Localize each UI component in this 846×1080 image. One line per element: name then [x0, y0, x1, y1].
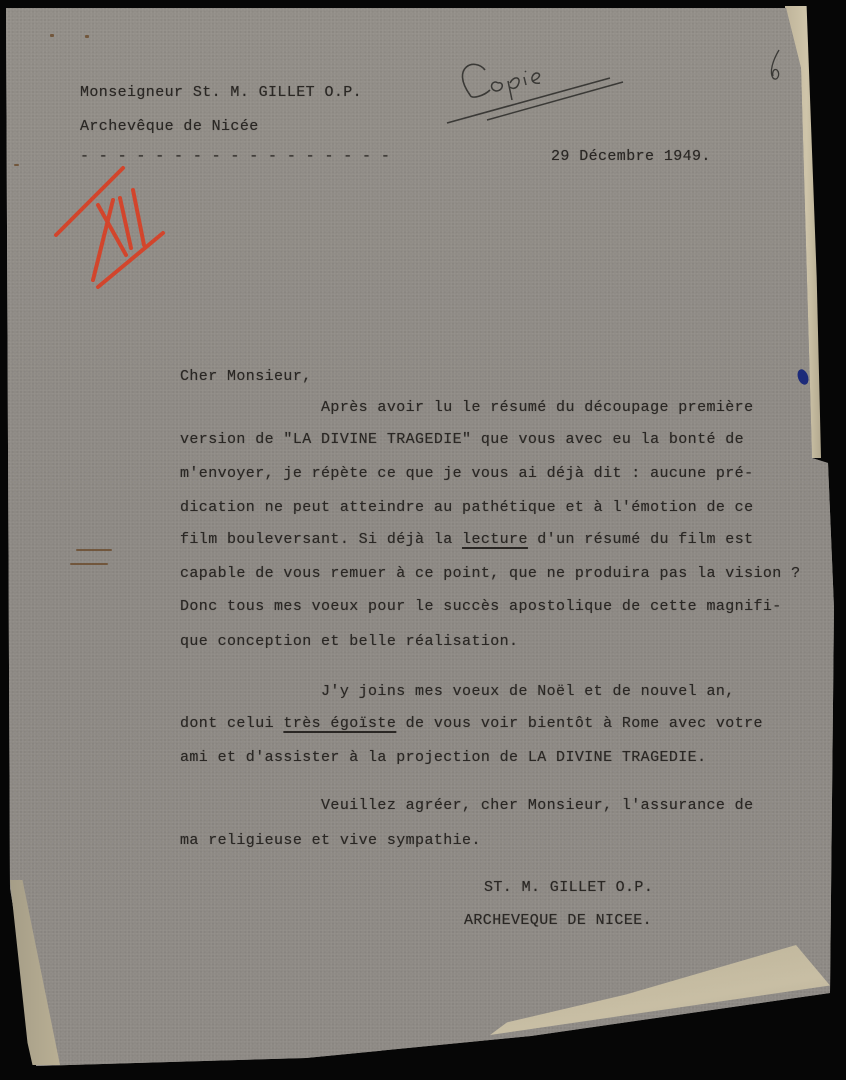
margin-mark	[76, 549, 112, 551]
signature-name: ST. M. GILLET O.P.	[484, 879, 653, 896]
paragraph-2-line-2: dont celui très égoïste de vous voir bie…	[180, 715, 763, 732]
closing-line-2: ma religieuse et vive sympathie.	[180, 832, 481, 849]
body-line-5-end: d'un résumé du film est	[528, 531, 754, 548]
sender-title: Archevêque de Nicée	[80, 118, 259, 135]
page-number-handwritten	[765, 46, 787, 86]
body-line-5-start: film bouleversant. Si déjà la	[180, 531, 462, 548]
body-line-6: capable de vous remuer à ce point, que n…	[180, 565, 801, 582]
copie-handwritten-mark	[440, 45, 640, 130]
letter-date: 29 Décembre 1949.	[551, 148, 711, 165]
body-line-8: que conception et belle réalisation.	[180, 633, 518, 650]
body-line-2: version de "LA DIVINE TRAGEDIE" que vous…	[180, 431, 744, 448]
signature-title: ARCHEVEQUE DE NICEE.	[464, 912, 652, 929]
rust-spot	[50, 34, 54, 37]
paragraph-2-line-2-end: de vous voir bientôt à Rome avec votre	[396, 715, 763, 732]
body-line-5: film bouleversant. Si déjà la lecture d'…	[180, 531, 754, 548]
salutation: Cher Monsieur,	[180, 368, 312, 385]
scanned-document: Monseigneur St. M. GILLET O.P. Archevêqu…	[0, 0, 846, 1080]
sender-name: Monseigneur St. M. GILLET O.P.	[80, 84, 362, 101]
paragraph-2-line-3: ami et d'assister à la projection de LA …	[180, 749, 706, 766]
body-line-1: Après avoir lu le résumé du découpage pr…	[180, 399, 754, 416]
underlined-lecture: lecture	[462, 531, 528, 548]
body-line-7: Donc tous mes voeux pour le succès apost…	[180, 598, 782, 615]
red-roman-numeral-xii	[48, 160, 178, 290]
body-line-4: dication ne peut atteindre au pathétique…	[180, 499, 754, 516]
body-line-3: m'envoyer, je répète ce que je vous ai d…	[180, 465, 754, 482]
margin-mark	[14, 164, 19, 166]
underlined-tres-egoiste: très égoïste	[283, 715, 396, 732]
margin-mark	[70, 563, 108, 565]
paragraph-2-line-2-start: dont celui	[180, 715, 283, 732]
paragraph-2-line-1: J'y joins mes voeux de Noël et de nouvel…	[180, 683, 735, 700]
closing-line-1: Veuillez agréer, cher Monsieur, l'assura…	[180, 797, 754, 814]
rust-spot	[85, 35, 89, 38]
